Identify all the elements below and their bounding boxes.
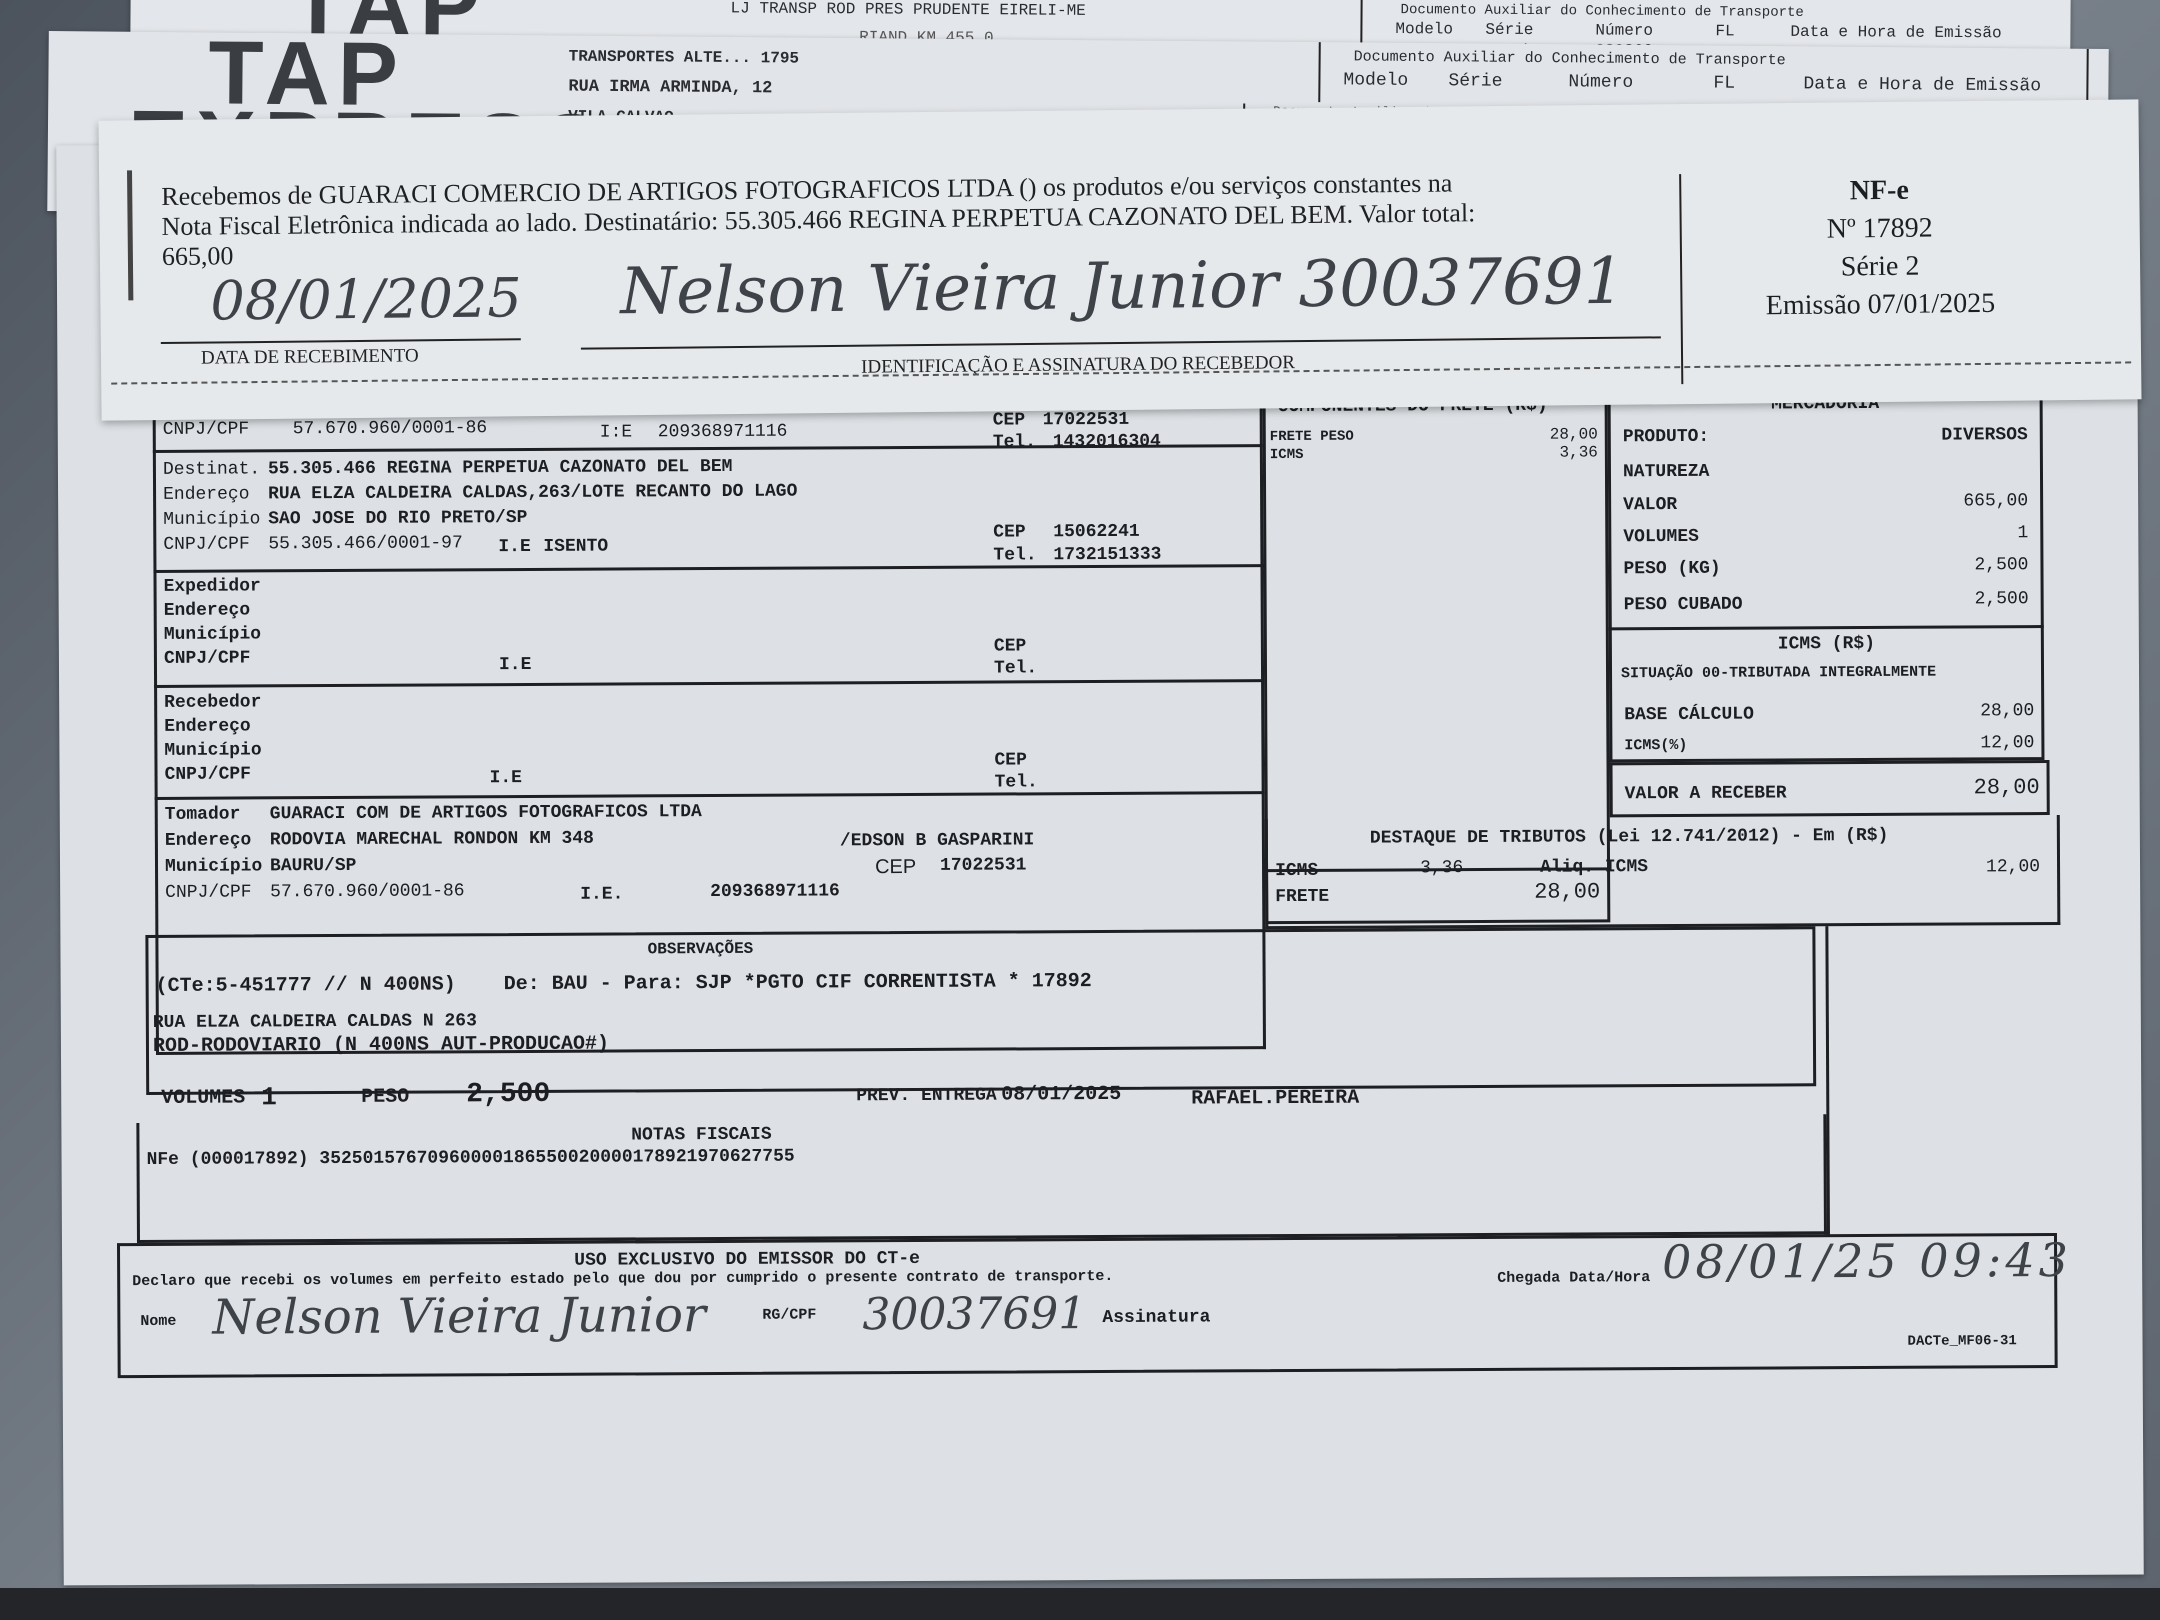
destinatario-municipio: SAO JOSE DO RIO PRETO/SP bbox=[268, 508, 527, 529]
chegada-label: Chegada Data/Hora bbox=[1497, 1269, 1650, 1287]
peso-value: 2,500 bbox=[1858, 555, 2028, 576]
expedidor-ie-label: I.E bbox=[499, 655, 532, 675]
table-edge bbox=[0, 1588, 2160, 1620]
dacte-col-numero-2: Número bbox=[1568, 72, 1633, 93]
dacte-col-data-1: Data e Hora de Emissão bbox=[1790, 23, 2001, 42]
destinatario-cep-label: CEP bbox=[993, 522, 1026, 542]
tomador-ie: 209368971116 bbox=[710, 881, 840, 902]
destinatario-name: 55.305.466 REGINA PERPETUA CAZONATO DEL … bbox=[268, 457, 733, 479]
expedidor-cnpj-label: CNPJ/CPF bbox=[164, 648, 251, 668]
expedidor-cep-label: CEP bbox=[994, 636, 1027, 656]
destinatario-label: Destinat. bbox=[163, 459, 260, 480]
tomador-cep: 17022531 bbox=[940, 855, 1027, 875]
tributos-icms-label: ICMS bbox=[1275, 861, 1318, 881]
dacte-col-modelo-2: Modelo bbox=[1343, 70, 1408, 91]
carrier-name: LJ TRANSP ROD PRES PRUDENTE EIRELI-ME bbox=[730, 0, 1085, 20]
tomador-ie-label: I.E. bbox=[580, 884, 623, 904]
expedidor-municipio-label: Município bbox=[164, 624, 261, 645]
remetente-ie-label: I:E bbox=[600, 422, 633, 442]
tomador-cnpj-label: CNPJ/CPF bbox=[165, 882, 252, 902]
remetente-tel-label: Tel. bbox=[993, 432, 1036, 452]
produto-label: PRODUTO: bbox=[1623, 427, 1710, 447]
frete-peso-label: FRETE PESO bbox=[1270, 429, 1354, 445]
dacte-col-fl-2: FL bbox=[1713, 74, 1735, 94]
destinatario-cnpj: 55.305.466/0001-97 bbox=[268, 533, 463, 554]
nfe-number: Nº 17892 bbox=[1700, 208, 2060, 250]
tomador-endereco: RODOVIA MARECHAL RONDON KM 348 bbox=[270, 829, 594, 851]
recipient-signature-handwritten: Nelson Vieira Junior 30037691 bbox=[620, 245, 1625, 330]
dacte-col-modelo-1: Modelo bbox=[1395, 20, 1453, 38]
receipt-stub: Recebemos de GUARACI COMERCIO DE ARTIGOS… bbox=[98, 99, 2141, 420]
expedidor-endereco-label: Endereço bbox=[164, 600, 251, 620]
obs-volumes-label: VOLUMES bbox=[161, 1086, 245, 1109]
tributos-aliq-value: 12,00 bbox=[1910, 857, 2040, 878]
carrier-line-street: RUA IRMA ARMINDA, 12 bbox=[568, 78, 772, 99]
form-code: DACTe_MF06-31 bbox=[1907, 1333, 2016, 1350]
nfe-emissao: Emissão 07/01/2025 bbox=[1700, 284, 2060, 326]
remetente-cnpj: 57.670.960/0001-86 bbox=[293, 418, 488, 439]
valor-label: VALOR bbox=[1623, 495, 1677, 515]
nfe-box: NF-e Nº 17892 Série 2 Emissão 07/01/2025 bbox=[1699, 170, 2061, 326]
icms-title: ICMS (R$) bbox=[1609, 633, 2044, 655]
icms-situacao: SITUAÇÃO 00-TRIBUTADA INTEGRALMENTE bbox=[1621, 664, 1936, 683]
dacte-col-numero-1: Número bbox=[1595, 21, 1653, 39]
dacte-header-1: Documento Auxiliar do Conhecimento de Tr… bbox=[1401, 2, 1804, 21]
tomador-label: Tomador bbox=[165, 805, 241, 825]
remetente-tel: 1432016304 bbox=[1053, 432, 1161, 453]
valor-receber-label: VALOR A RECEBER bbox=[1625, 783, 1787, 804]
notas-fiscais-line: NFe (000017892) 352501576709600001865500… bbox=[147, 1147, 795, 1170]
dacte-col-data-2: Data e Hora de Emissão bbox=[1803, 74, 2041, 96]
peso-cubado-value: 2,500 bbox=[1859, 589, 2029, 610]
tomador-contato: /EDSON B GASPARINI bbox=[840, 830, 1035, 851]
nfe-title: NF-e bbox=[1699, 170, 2059, 212]
rg-label: RG/CPF bbox=[762, 1306, 816, 1323]
obs-volumes-value: 1 bbox=[261, 1082, 277, 1112]
destinatario-endereco-label: Endereço bbox=[163, 484, 250, 504]
icms-aliq-value: 12,00 bbox=[1859, 733, 2034, 754]
observacoes-line2: RUA ELZA CALDEIRA CALDAS N 263 bbox=[153, 1011, 477, 1033]
destinatario-ie: ISENTO bbox=[543, 537, 608, 557]
valor-value: 665,00 bbox=[1858, 491, 2028, 512]
valor-receber-value: 28,00 bbox=[1860, 775, 2040, 801]
nome-handwritten: Nelson Vieira Junior bbox=[212, 1287, 706, 1346]
destinatario-endereco: RUA ELZA CALDEIRA CALDAS,263/LOTE RECANT… bbox=[268, 482, 797, 505]
destinatario-cnpj-label: CNPJ/CPF bbox=[163, 534, 250, 554]
peso-cubado-label: PESO CUBADO bbox=[1624, 595, 1743, 616]
volumes-label: VOLUMES bbox=[1623, 527, 1699, 547]
destinatario-ie-label: I.E bbox=[498, 537, 531, 557]
frete-icms-label: ICMS bbox=[1270, 447, 1304, 463]
recebedor-cep-label: CEP bbox=[994, 750, 1027, 770]
obs-usuario: RAFAEL.PEREIRA bbox=[1191, 1087, 1359, 1111]
expedidor-tel-label: Tel. bbox=[994, 658, 1037, 678]
tomador-municipio: BAURU/SP bbox=[270, 856, 357, 876]
obs-peso-value: 2,500 bbox=[466, 1079, 550, 1110]
destinatario-municipio-label: Município bbox=[163, 509, 260, 530]
nfe-serie: Série 2 bbox=[1700, 246, 2060, 288]
dacte-col-serie-1: Série bbox=[1485, 21, 1533, 39]
remetente-cep-label: CEP bbox=[993, 410, 1026, 430]
rg-handwritten: 30037691 bbox=[862, 1288, 1086, 1340]
recebedor-municipio-label: Município bbox=[164, 740, 261, 761]
prev-entrega-label: PREV. ENTREGA bbox=[856, 1086, 997, 1107]
assinatura-label: Assinatura bbox=[1102, 1307, 1210, 1328]
chegada-handwritten: 08/01/25 09:43 bbox=[1662, 1233, 2072, 1289]
tomador-municipio-label: Município bbox=[165, 856, 262, 877]
recebedor-endereco-label: Endereço bbox=[164, 716, 251, 736]
right-blank-divider bbox=[1825, 926, 1830, 1236]
natureza-label: NATUREZA bbox=[1623, 462, 1710, 482]
observacoes-line1: (CTe:5-451777 // N 400NS) De: BAU - Para… bbox=[156, 970, 1092, 998]
nome-label: Nome bbox=[140, 1313, 176, 1330]
date-received-handwritten: 08/01/2025 bbox=[210, 266, 522, 332]
tributos-icms-value: 3,36 bbox=[1420, 858, 1463, 878]
stub-divider bbox=[1679, 174, 1683, 384]
peso-label: PESO (KG) bbox=[1623, 559, 1720, 580]
icms-base-value: 28,00 bbox=[1859, 701, 2034, 722]
observacoes-line3: ROD-RODOVIARIO (N 400NS_AUT-PRODUCAO#) bbox=[153, 1033, 609, 1058]
frete-icms-value: 3,36 bbox=[1498, 443, 1598, 462]
date-received-label: DATA DE RECEBIMENTO bbox=[201, 345, 419, 369]
tomador-name: GUARACI COM DE ARTIGOS FOTOGRAFICOS LTDA bbox=[270, 802, 702, 824]
volumes-value: 1 bbox=[1858, 523, 2028, 544]
tomador-endereco-label: Endereço bbox=[165, 830, 252, 850]
obs-peso-label: PESO bbox=[361, 1086, 409, 1109]
recebedor-cnpj-label: CNPJ/CPF bbox=[164, 764, 251, 784]
prev-entrega-value: 08/01/2025 bbox=[1001, 1083, 1121, 1107]
signature-line bbox=[581, 336, 1661, 349]
date-received-line bbox=[161, 338, 521, 344]
carrier-line-transportes: TRANSPORTES ALTE... 1795 bbox=[569, 48, 800, 68]
frete-peso-value: 28,00 bbox=[1498, 425, 1598, 444]
recebedor-label: Recebedor bbox=[164, 692, 261, 713]
tomador-cnpj: 57.670.960/0001-86 bbox=[270, 881, 465, 902]
icms-base-label: BASE CÁLCULO bbox=[1624, 705, 1754, 726]
produto-value: DIVERSOS bbox=[1858, 425, 2028, 446]
stub-edge-mark bbox=[127, 170, 133, 300]
dacte-col-serie-2: Série bbox=[1448, 71, 1502, 91]
dacte-col-fl-1: FL bbox=[1715, 22, 1734, 40]
expedidor-label: Expedidor bbox=[164, 576, 261, 597]
destinatario-cep: 15062241 bbox=[1053, 522, 1140, 542]
icms-aliq-label: ICMS(%) bbox=[1624, 737, 1687, 754]
tributos-aliq-label: Aliq. ICMS bbox=[1540, 857, 1648, 878]
destinatario-tel: 1732151333 bbox=[1053, 545, 1161, 566]
tributos-title: DESTAQUE DE TRIBUTOS (Lei 12.741/2012) -… bbox=[1370, 826, 1889, 849]
remetente-ie: 209368971116 bbox=[658, 422, 788, 443]
tomador-cep-label: CEP bbox=[875, 856, 916, 879]
recebedor-tel-label: Tel. bbox=[995, 772, 1038, 792]
destinatario-tel-label: Tel. bbox=[993, 545, 1036, 565]
recebedor-ie-label: I.E bbox=[490, 768, 523, 788]
remetente-cep: 17022531 bbox=[1043, 410, 1130, 430]
remetente-cnpj-label: CNPJ/CPF bbox=[163, 419, 250, 439]
